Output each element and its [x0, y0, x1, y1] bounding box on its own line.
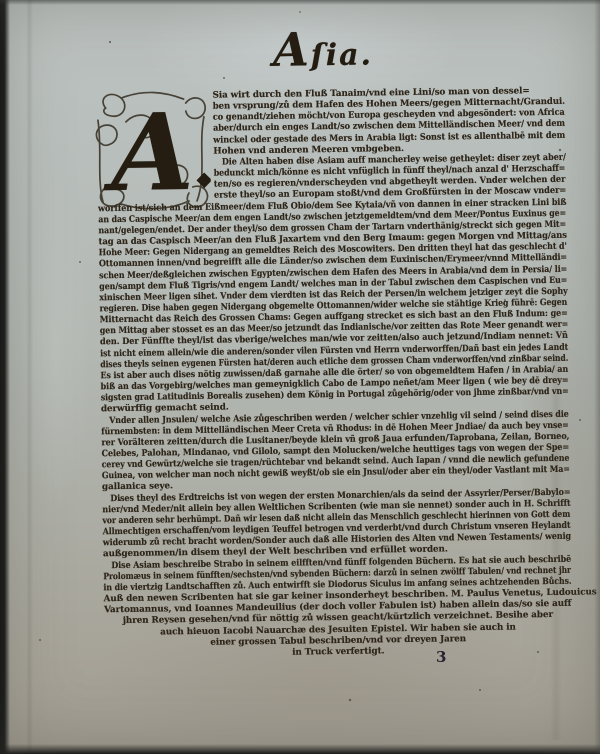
drop-cap-diamond-ornament [196, 173, 211, 189]
scan-edge-bottom [0, 744, 600, 754]
scanned-book-page: Aſia. A Sia wirt du [0, 0, 600, 754]
text-block: A Sia wirt durch den Fluß Tanaim/vnd ein… [97, 86, 573, 661]
full-lines: worffen ist/sich an dem Eißmeer/dem Fluß… [98, 197, 572, 661]
scan-edge-left [0, 0, 10, 754]
paper-fold-line [26, 0, 33, 754]
drop-cap-ornament: A [92, 91, 212, 215]
page-content: Aſia. A Sia wirt du [96, 19, 573, 661]
beside-cap-lines: Sia wirt durch den Fluß Tanaim/vnd eine … [213, 86, 567, 202]
scan-edge-right [594, 0, 600, 754]
drop-cap-letter: A [101, 91, 194, 215]
page-number: 3 [436, 648, 446, 666]
scan-edge-top [0, 0, 600, 5]
page-title: Aſia. [82, 19, 565, 80]
